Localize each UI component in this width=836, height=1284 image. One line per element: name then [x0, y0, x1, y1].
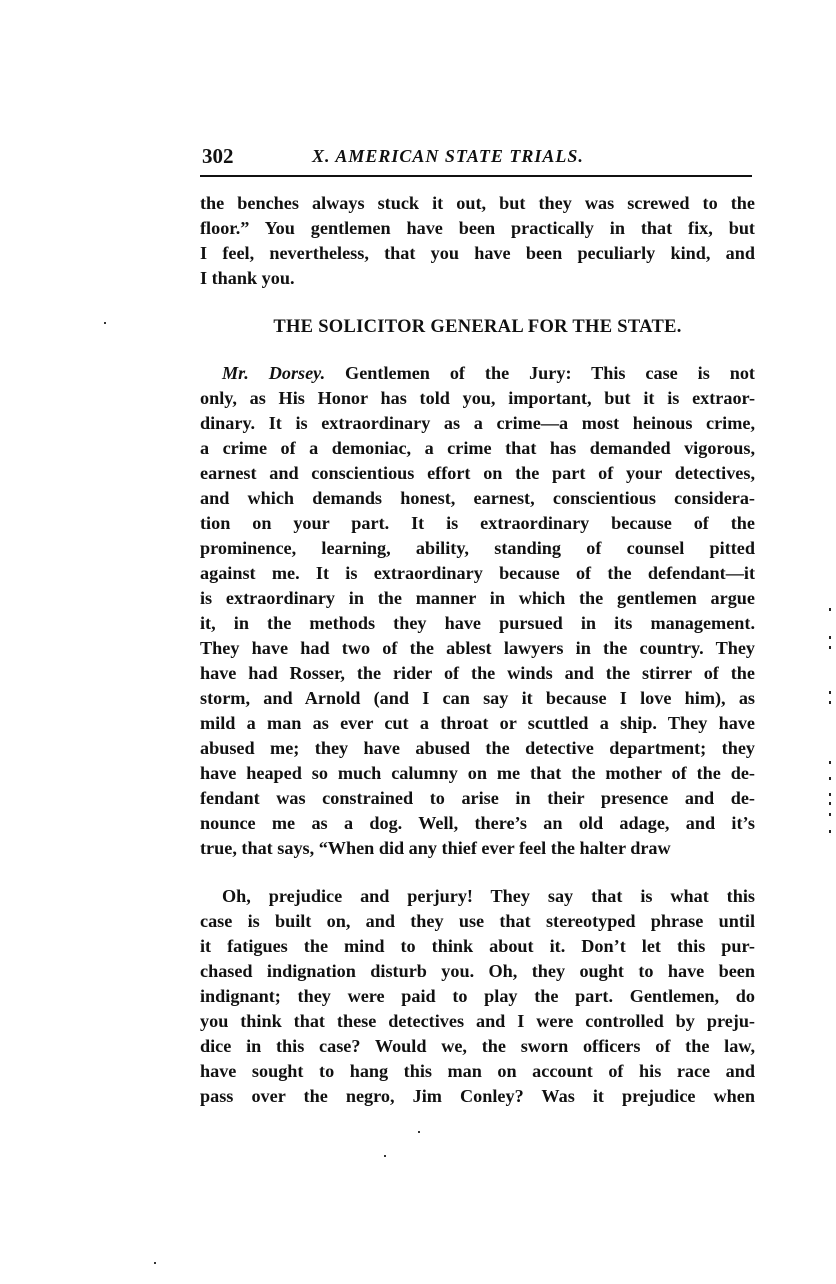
text-line: true, that says, “When did any thief eve… — [200, 836, 755, 861]
scan-speck — [829, 830, 831, 833]
text-line: is extraordinary in the manner in which … — [200, 586, 755, 611]
text-line: you think that these detectives and I we… — [200, 1009, 755, 1034]
text-line: earnest and conscientious effort on the … — [200, 461, 755, 486]
page-number: 302 — [202, 144, 234, 169]
text-line: only, as His Honor has told you, importa… — [200, 386, 755, 411]
text-line: abused me; they have abused the detectiv… — [200, 736, 755, 761]
scan-speck — [829, 608, 831, 611]
scan-speck — [104, 322, 106, 324]
section-heading: THE SOLICITOR GENERAL FOR THE STATE. — [200, 317, 755, 338]
text-line: Oh, prejudice and perjury! They say that… — [200, 884, 755, 909]
scan-speck — [829, 761, 831, 764]
text-line: tion on your part. It is extraordinary b… — [200, 511, 755, 536]
running-head: 302 X. AMERICAN STATE TRIALS. — [200, 140, 755, 170]
text-line: have heaped so much calumny on me that t… — [200, 761, 755, 786]
scan-speck — [829, 691, 831, 694]
text-line: chased indignation disturb you. Oh, they… — [200, 959, 755, 984]
text-line: have sought to hang this man on account … — [200, 1059, 755, 1084]
text-span: Gentlemen of the Jury: This case is not — [325, 363, 755, 383]
text-line: nounce me as a dog. Well, there’s an old… — [200, 811, 755, 836]
text-line: against me. It is extraordinary because … — [200, 561, 755, 586]
paragraph-prejudice: Oh, prejudice and perjury! They say that… — [200, 884, 755, 1109]
text-line: prominence, learning, ability, standing … — [200, 536, 755, 561]
scan-speck — [829, 813, 831, 816]
text-line: They have had two of the ablest lawyers … — [200, 636, 755, 661]
text-line: it fatigues the mind to think about it. … — [200, 934, 755, 959]
text-line: I feel, nevertheless, that you have been… — [200, 241, 755, 266]
scan-speck — [829, 701, 831, 704]
scan-speck — [829, 636, 831, 639]
text-line: Mr. Dorsey. Gentlemen of the Jury: This … — [200, 361, 755, 386]
scan-speck — [384, 1155, 386, 1157]
text-line: indignant; they were paid to play the pa… — [200, 984, 755, 1009]
header-rule — [200, 175, 752, 177]
scan-speck — [829, 646, 831, 649]
scan-speck — [418, 1131, 420, 1133]
text-line: a crime of a demoniac, a crime that has … — [200, 436, 755, 461]
text-line: it, in the methods they have pursued in … — [200, 611, 755, 636]
text-line: I thank you. — [200, 266, 755, 291]
text-line: dice in this case? Would we, the sworn o… — [200, 1034, 755, 1059]
text-line: the benches always stuck it out, but the… — [200, 191, 755, 216]
speaker-name: Mr. Dorsey. — [222, 363, 325, 383]
scan-speck — [829, 802, 831, 805]
scan-speck — [154, 1262, 156, 1264]
text-line: floor.” You gentlemen have been practica… — [200, 216, 755, 241]
text-line: fendant was constrained to arise in thei… — [200, 786, 755, 811]
intro-paragraph: the benches always stuck it out, but the… — [200, 191, 755, 291]
scan-speck — [829, 777, 831, 780]
book-page: 302 X. AMERICAN STATE TRIALS. the benche… — [200, 140, 755, 170]
scan-speck — [829, 793, 831, 796]
paragraph-dorsey-opening: Mr. Dorsey. Gentlemen of the Jury: This … — [200, 361, 755, 861]
text-line: and which demands honest, earnest, consc… — [200, 486, 755, 511]
text-line: mild a man as ever cut a throat or scutt… — [200, 711, 755, 736]
text-line: storm, and Arnold (and I can say it beca… — [200, 686, 755, 711]
text-line: have had Rosser, the rider of the winds … — [200, 661, 755, 686]
text-line: dinary. It is extraordinary as a crime—a… — [200, 411, 755, 436]
text-line: case is built on, and they use that ster… — [200, 909, 755, 934]
text-line: pass over the negro, Jim Conley? Was it … — [200, 1084, 755, 1109]
running-title: X. AMERICAN STATE TRIALS. — [312, 146, 584, 167]
